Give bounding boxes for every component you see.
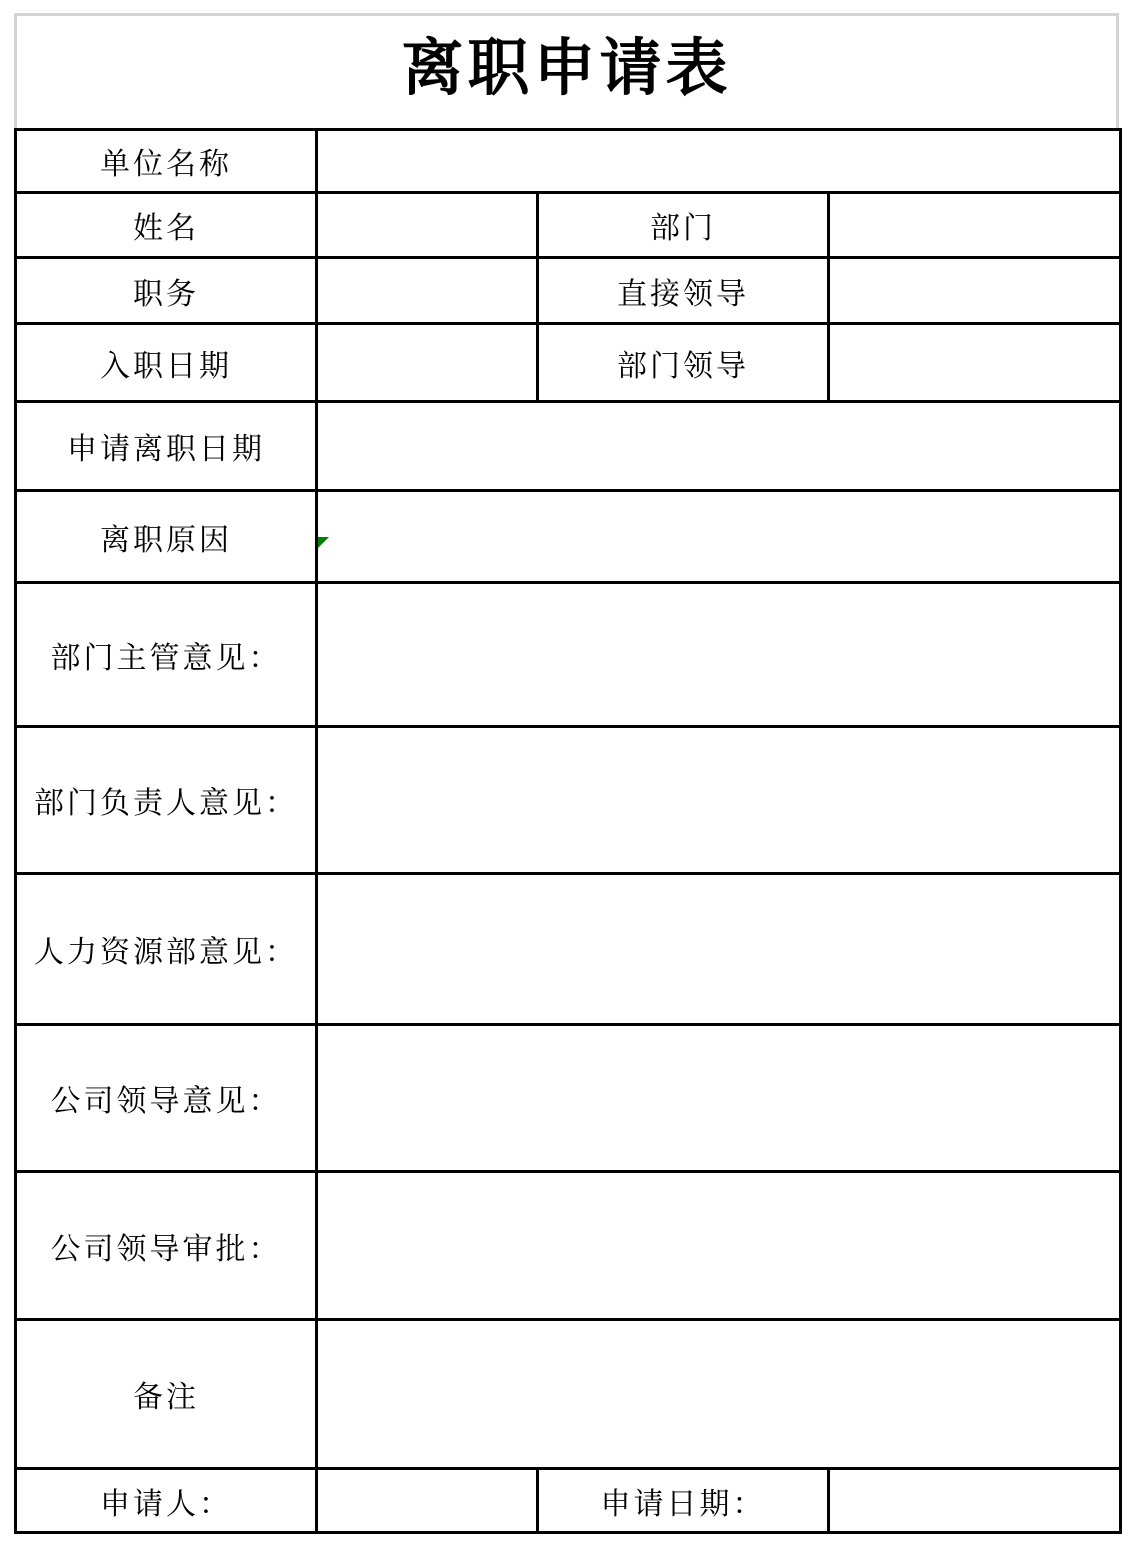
label-hire-date: 入职日期 (16, 324, 317, 402)
table-row: 申请离职日期 (16, 402, 1121, 491)
label-company-leader-opinion: 公司领导意见： (16, 1025, 317, 1172)
label-resign-reason: 离职原因 (16, 491, 317, 583)
cell-error-triangle-icon (318, 537, 329, 548)
input-cell-unit-name[interactable] (317, 130, 1121, 193)
label-apply-date: 申请日期： (538, 1469, 829, 1533)
label-company-leader-approval: 公司领导审批： (16, 1172, 317, 1320)
input-cell-hire-date[interactable] (317, 324, 538, 402)
label-department: 部门 (538, 193, 829, 258)
label-direct-leader: 直接领导 (538, 258, 829, 324)
table-row: 单位名称 (16, 130, 1121, 193)
label-applicant: 申请人： (16, 1469, 317, 1533)
input-cell-dept-supervisor-opinion[interactable] (317, 583, 1121, 727)
input-cell-hr-opinion[interactable] (317, 874, 1121, 1025)
input-cell-resign-reason[interactable] (317, 491, 1121, 583)
label-dept-head-opinion: 部门负责人意见： (16, 727, 317, 874)
label-dept-leader: 部门领导 (538, 324, 829, 402)
input-cell-department[interactable] (829, 193, 1121, 258)
input-cell-company-leader-approval[interactable] (317, 1172, 1121, 1320)
table-row: 离职原因 (16, 491, 1121, 583)
title-box: 离职申请表 (14, 13, 1119, 128)
input-cell-direct-leader[interactable] (829, 258, 1121, 324)
table-row: 公司领导意见： (16, 1025, 1121, 1172)
label-resign-apply-date: 申请离职日期 (16, 402, 317, 491)
input-cell-resign-apply-date[interactable] (317, 402, 1121, 491)
table-row: 备注 (16, 1320, 1121, 1469)
table-row: 姓名 部门 (16, 193, 1121, 258)
label-position: 职务 (16, 258, 317, 324)
input-cell-position[interactable] (317, 258, 538, 324)
input-cell-apply-date[interactable] (829, 1469, 1121, 1533)
label-name: 姓名 (16, 193, 317, 258)
page-title: 离职申请表 (401, 38, 731, 106)
input-cell-applicant[interactable] (317, 1469, 538, 1533)
table-row: 部门负责人意见： (16, 727, 1121, 874)
label-remarks: 备注 (16, 1320, 317, 1469)
input-cell-name[interactable] (317, 193, 538, 258)
label-dept-supervisor-opinion: 部门主管意见： (16, 583, 317, 727)
table-row: 入职日期 部门领导 (16, 324, 1121, 402)
label-unit-name: 单位名称 (16, 130, 317, 193)
label-hr-opinion: 人力资源部意见： (16, 874, 317, 1025)
table-row: 人力资源部意见： (16, 874, 1121, 1025)
resignation-form-table: 单位名称 姓名 部门 职务 直接领导 入职日期 部门领导 申请离职日期 离职原因 (14, 128, 1122, 1534)
table-row: 公司领导审批： (16, 1172, 1121, 1320)
input-cell-remarks[interactable] (317, 1320, 1121, 1469)
input-cell-company-leader-opinion[interactable] (317, 1025, 1121, 1172)
table-row: 申请人： 申请日期： (16, 1469, 1121, 1533)
table-row: 部门主管意见： (16, 583, 1121, 727)
input-cell-dept-head-opinion[interactable] (317, 727, 1121, 874)
input-cell-dept-leader[interactable] (829, 324, 1121, 402)
table-row: 职务 直接领导 (16, 258, 1121, 324)
